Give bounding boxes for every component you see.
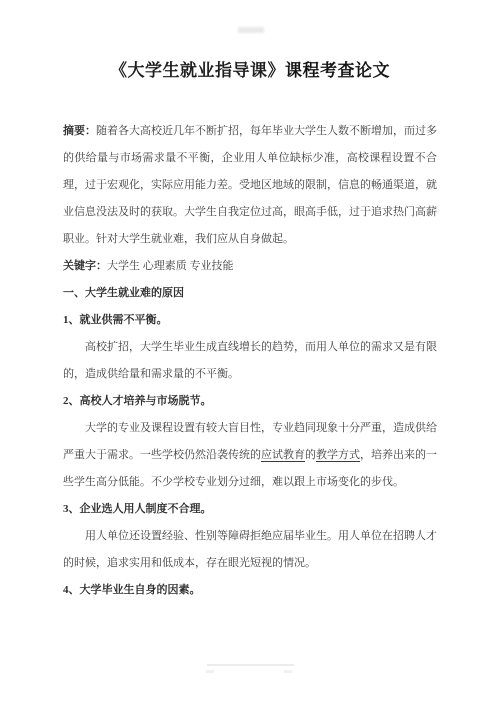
footer-mark-right [284,670,292,673]
abstract-paragraph: 摘要：随着各大高校近几年不断扩招，每年毕业大学生人数不断增加，而过多的供给量与市… [63,118,437,253]
subheading-1: 1、就业供需不平衡。 [63,307,437,334]
keywords-line: 关键字：大学生 心理素质 专业技能 [63,253,437,280]
paragraph-1: 高校扩招，大学生毕业生成直线增长的趋势，而用人单位的需求又是有限的，造成供给量和… [63,334,437,388]
page-title-rest-part: 课程考查论文 [285,61,390,80]
document-body: 摘要：随着各大高校近几年不断扩招，每年毕业大学生人数不断增加，而过多的供给量与市… [63,118,437,604]
page-title-book-part: 《大学生就业指导课》 [110,61,285,80]
footer-mark-left [206,670,214,673]
document-page: 《大学生就业指导课》课程考查论文 摘要：随着各大高校近几年不断扩招，每年毕业大学… [0,0,500,707]
paragraph-3: 用人单位还设置经验、性别等障碍拒绝应届毕业生。用人单位在招聘人才的时候，追求实用… [63,523,437,577]
section-heading-one: 一、大学生就业难的原因 [63,280,437,307]
paragraph-2: 大学的专业及课程设置有较大盲目性，专业趋同现象十分严重，造成供给严重大于需求。一… [63,415,437,496]
subheading-4: 4、大学毕业生自身的因素。 [63,577,437,604]
subheading-3: 3、企业选人用人制度不合理。 [63,496,437,523]
header-watermark-smudge [238,27,264,33]
subheading-2: 2、高校人才培养与市场脱节。 [63,388,437,415]
footer-divider [207,664,294,666]
page-title: 《大学生就业指导课》课程考查论文 [40,60,460,82]
